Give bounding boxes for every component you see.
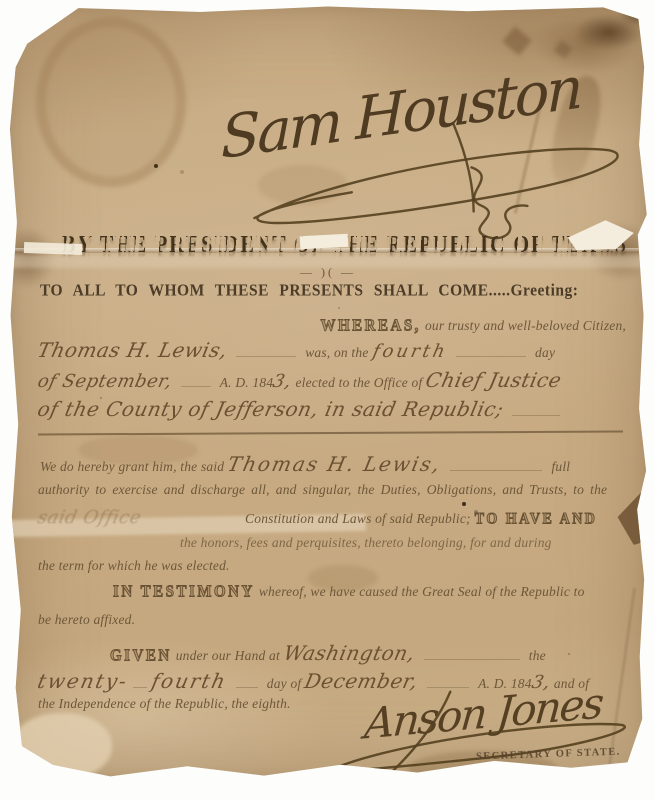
ink-dash [236,344,296,357]
faded-text: said Office [36,507,144,528]
dark-fold-right-edge [614,483,650,545]
ink-dash [424,647,520,660]
document-paper: Sam Houston BY THE PRESIDENT OF THE REPU… [8,5,648,781]
printed-text: be hereto affixed. [38,612,135,627]
stain-ring-top-left [36,17,186,187]
office-county: of the County of Jefferson, in said Repu… [35,397,506,421]
ink-dash [133,675,147,688]
grant-line3: said Office Constitution and Laws of sai… [38,507,597,528]
printed-text: the honors, fees and perquisites, theret… [180,535,552,550]
printed-text: elected to the Office of [295,375,422,390]
whereas-line4: of the County of Jefferson, in said Repu… [38,397,565,421]
given-keyword: GIVEN [110,647,172,667]
whereas-line1: WHEREAS, our trusty and well-beloved Cit… [248,317,626,335]
whereas-line2: Thomas H. Lewis, was, on the fourth day [38,338,555,362]
citizen-name: Thomas H. Lewis, [35,338,229,362]
in-testimony-keyword: IN TESTIMONY [113,583,255,603]
whereas-line3: of September, A. D. 1843, elected to the… [38,368,562,392]
ink-dash [181,374,211,387]
printed-text: full [551,459,570,474]
printed-text: the [529,648,546,663]
date-day: fourth [149,669,229,693]
printed-text: We do hereby grant him, the said [40,459,224,474]
printed-text: authority to exercise and discharge all,… [38,482,607,497]
printed-text: the Independence of the Republic, the ei… [38,696,291,711]
printed-text: day [535,345,555,360]
citizen-name: Thomas H. Lewis, [226,452,444,476]
whereas-keyword: WHEREAS, [321,317,421,337]
divider-ornament: — )( — [8,265,648,280]
grant-line1: We do hereby grant him, the said Thomas … [40,452,570,476]
masthead-title: BY THE PRESIDENT OF THE REPUBLIC OF TEXA… [60,232,630,260]
ink-specks [8,5,10,7]
printed-text: under our Hand at [176,648,280,663]
handwritten-rule [38,430,623,435]
testimony-line2: be hereto affixed. [38,611,135,629]
place-name: Washington, [281,641,417,665]
testimony-line1: IN TESTIMONY whereof, we have caused the… [113,583,585,601]
printed-text: the term for which he was elected. [38,558,230,573]
office-title: Chief Justice [424,368,564,392]
ink-dash [456,344,526,357]
given-line3: the Independence of the Republic, the ei… [38,695,291,713]
ink-dash [512,403,560,416]
grant-line4: the honors, fees and perquisites, theret… [38,534,552,552]
year-digit: 3, [271,371,294,392]
date-day: twenty- [35,669,130,693]
grant-line2: authority to exercise and discharge all,… [38,481,607,499]
ink-dash [450,458,542,471]
salutation-line: TO ALL TO WHOM THESE PRESENTS SHALL COME… [40,281,578,301]
stain-spot [502,26,532,55]
grant-line5: the term for which he was elected. [38,557,230,575]
given-line1: GIVEN under our Hand at Washington, the [110,641,546,665]
printed-text: Constitution and Laws of said Republic; [245,511,471,526]
to-have-and-keyword: TO HAVE AND [475,511,598,529]
light-patch-bottom-left [12,713,112,779]
printed-text: day of [267,676,302,691]
whereas-intro: our trusty and well-beloved Citizen, [425,318,626,333]
printed-text: A. D. 184 [220,375,274,390]
printed-text: was, on the [305,345,368,360]
ink-dash [236,675,258,688]
election-month: of September, [36,371,174,392]
scanned-document-stage: Sam Houston BY THE PRESIDENT OF THE REPU… [0,0,654,800]
election-day-word: fourth [370,341,449,362]
printed-text: whereof, we have caused the Great Seal o… [259,584,585,599]
